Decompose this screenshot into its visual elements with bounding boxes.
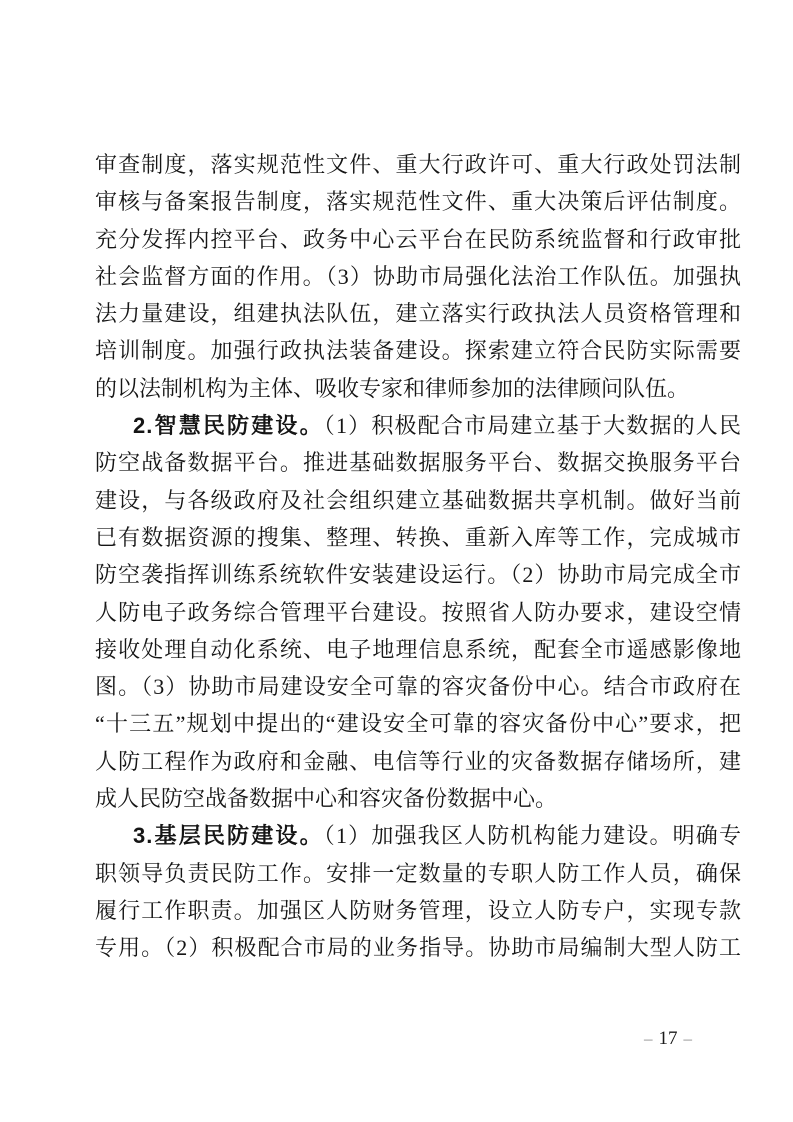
page-number-value: 17 bbox=[659, 1028, 678, 1049]
paragraph-heading: 3.基层民防建设。 bbox=[133, 823, 324, 848]
text-line: “十三五”规划中提出的“建设安全可靠的容灾备份中心”要求，把 bbox=[95, 705, 741, 742]
page-number-dash-left: – bbox=[638, 1029, 659, 1048]
text-line: 职领导负责民防工作。安排一定数量的专职人防工作人员，确保 bbox=[95, 855, 741, 892]
text-line: 履行工作职责。加强区人防财务管理，设立人防专户，实现专款 bbox=[95, 892, 741, 929]
text-line: 防空战备数据平台。推进基础数据服务平台、数据交换服务平台 bbox=[95, 444, 741, 481]
paragraph-start-line: 2.智慧民防建设。（1）积极配合市局建立基于大数据的人民 bbox=[95, 407, 741, 444]
text-line: 的以法制机构为主体、吸收专家和律师参加的法律顾问队伍。 bbox=[95, 370, 741, 407]
text-line: 成人民防空战备数据中心和容灾备份数据中心。 bbox=[95, 780, 741, 817]
text-line: 审查制度，落实规范性文件、重大行政许可、重大行政处罚法制 bbox=[95, 146, 741, 183]
text-line: 专用。（2）积极配合市局的业务指导。协助市局编制大型人防工 bbox=[95, 929, 741, 966]
text-line: 防空袭指挥训练系统软件安装建设运行。（2）协助市局完成全市 bbox=[95, 556, 741, 593]
text-line: 充分发挥内控平台、政务中心云平台在民防系统监督和行政审批 bbox=[95, 221, 741, 258]
text-line: 建设，与各级政府及社会组织建立基础数据共享机制。做好当前 bbox=[95, 482, 741, 519]
paragraph-heading: 2.智慧民防建设。 bbox=[133, 413, 324, 438]
text-line: 人防电子政务综合管理平台建设。按照省人防办要求，建设空情 bbox=[95, 594, 741, 631]
paragraph-start-line: 3.基层民防建设。（1）加强我区人防机构能力建设。明确专 bbox=[95, 817, 741, 854]
text-line: 接收处理自动化系统、电子地理信息系统，配套全市遥感影像地 bbox=[95, 631, 741, 668]
text-line: 法力量建设，组建执法队伍，建立落实行政执法人员资格管理和 bbox=[95, 295, 741, 332]
page-number-dash-right: – bbox=[678, 1029, 699, 1048]
text-block: 审查制度，落实规范性文件、重大行政许可、重大行政处罚法制审核与备案报告制度，落实… bbox=[95, 146, 741, 967]
text-line: 图。（3）协助市局建设安全可靠的容灾备份中心。结合市政府在 bbox=[95, 668, 741, 705]
text-line: 人防工程作为政府和金融、电信等行业的灾备数据存储场所，建 bbox=[95, 743, 741, 780]
text-line: 已有数据资源的搜集、整理、转换、重新入库等工作，完成城市 bbox=[95, 519, 741, 556]
text-line: 审核与备案报告制度，落实规范性文件、重大决策后评估制度。 bbox=[95, 183, 741, 220]
page-number: –17– bbox=[628, 1026, 708, 1052]
text-line: 培训制度。加强行政执法装备建设。探索建立符合民防实际需要 bbox=[95, 332, 741, 369]
document-page: 审查制度，落实规范性文件、重大行政许可、重大行政处罚法制审核与备案报告制度，落实… bbox=[0, 0, 793, 1122]
text-line: 社会监督方面的作用。（3）协助市局强化法治工作队伍。加强执 bbox=[95, 258, 741, 295]
